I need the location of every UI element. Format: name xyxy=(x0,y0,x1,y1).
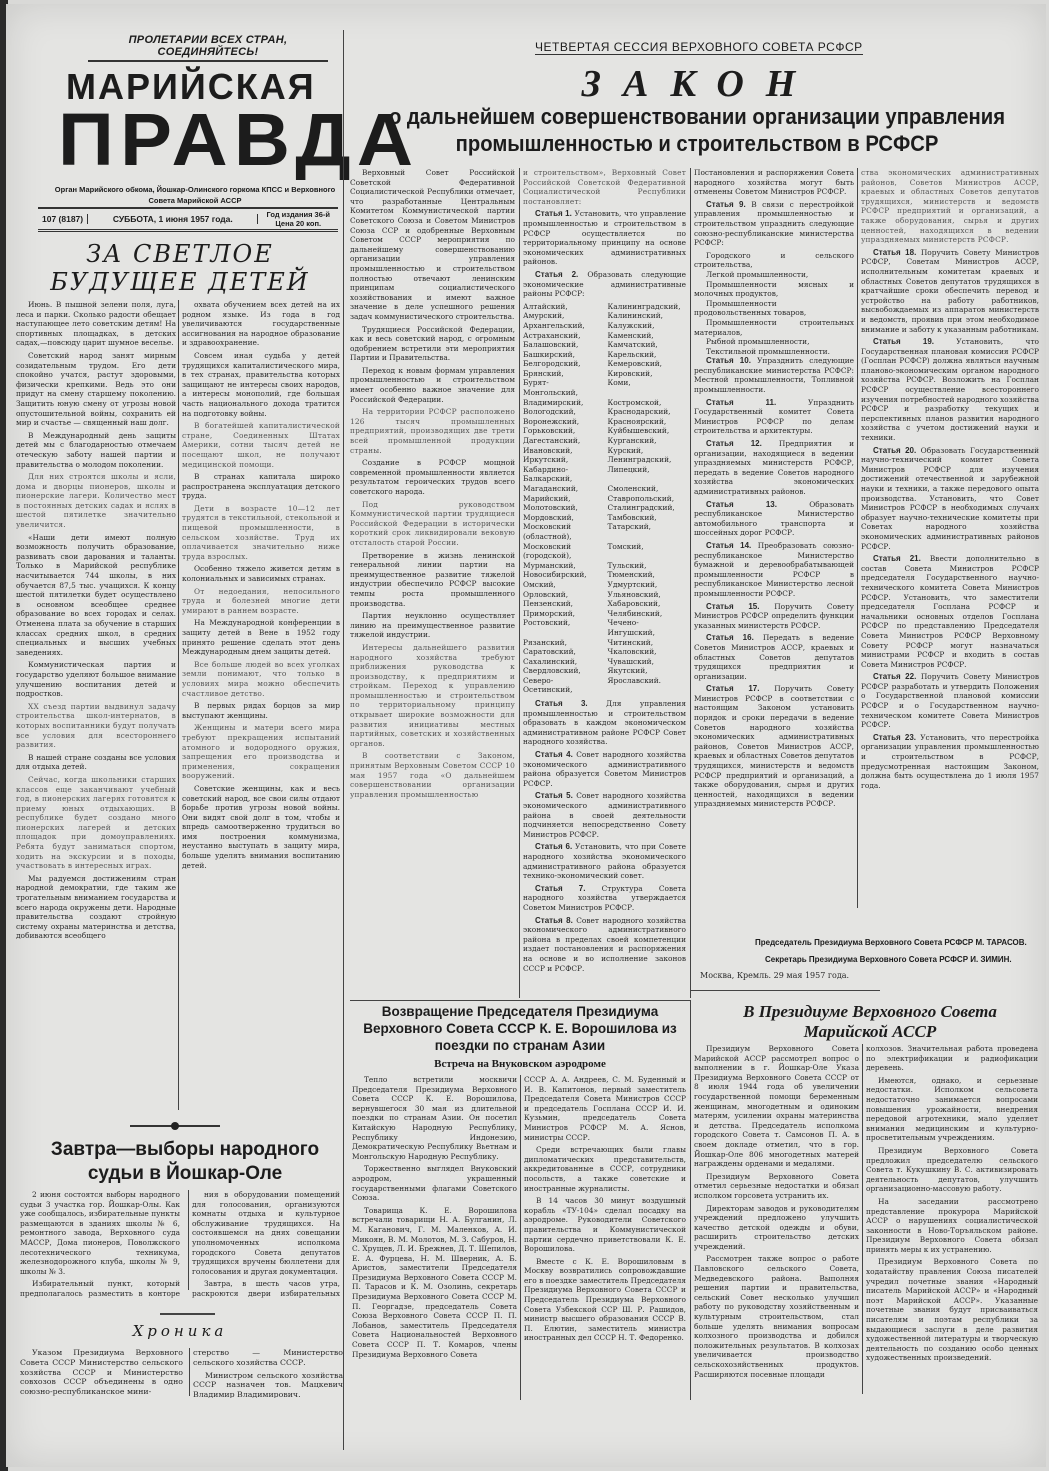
law-title: ЗАКОН xyxy=(350,62,1049,106)
article-label: Статья 11. xyxy=(706,398,808,407)
article-text: Поручить Совету Министров РСФСР, Советам… xyxy=(861,248,1039,334)
masthead-motto: ПРОЛЕТАРИИ ВСЕХ СТРАН, СОЕДИНЯЙТЕСЬ! xyxy=(88,34,328,62)
article: Статья 20. Образовать Государственный на… xyxy=(861,446,1039,552)
article-label: Статья 23. xyxy=(873,733,920,742)
article: Статья 4. Совет народного хозяйства экон… xyxy=(523,750,686,788)
article-label: Статья 5. xyxy=(535,791,576,800)
elections-col-1: 2 июня состоятся выборы народного судьи … xyxy=(20,1190,180,1300)
voroshilov-col-2: СССР А. А. Андреев, С. М. Буденный и И. … xyxy=(524,1075,686,1400)
article: Статья 5. Совет народного хозяйства экон… xyxy=(523,791,686,839)
ministry-item: Промышленности мясных и молочных продукт… xyxy=(694,280,854,299)
region-name: Сталинградский, xyxy=(608,503,687,513)
paragraph: Избирательный пункт, который предполагал… xyxy=(20,1279,180,1300)
region-name: Магаданский, xyxy=(523,484,602,494)
region-name: Красноярский, xyxy=(608,417,687,427)
region-name: Тюменский, xyxy=(608,570,687,580)
divider-ornament xyxy=(130,1125,220,1127)
region-name: Белгородский, xyxy=(523,359,602,369)
paragraph: Тепло встретили москвичи Председателя Пр… xyxy=(352,1075,517,1161)
paragraph-filler: В богатейшей капиталистической стране, С… xyxy=(182,421,340,469)
paragraph: В первых рядах борцов за мир выступают ж… xyxy=(182,701,340,720)
paragraph: Завтра, в шесть часов утра, раскроются д… xyxy=(192,1279,340,1300)
article-label: Статья 19. xyxy=(873,337,956,346)
region-name: Читинский, xyxy=(608,638,687,648)
articles-mid: Статья 4. Совет народного хозяйства экон… xyxy=(523,750,686,973)
paragraph-filler: От недоедания, непосильного труда и боле… xyxy=(182,587,340,616)
column-rule xyxy=(520,1075,521,1400)
paragraph: Министром сельского хозяйства СССР назна… xyxy=(193,1371,343,1398)
children-col-1: Июнь. В пышной зелени поля, луга, леса и… xyxy=(16,300,176,1110)
paragraph: Советские женщины, как и весь советский … xyxy=(182,784,340,870)
region-name: Московский (городской), xyxy=(523,542,602,561)
issue-price: Цена 20 коп. xyxy=(271,219,325,228)
article: Статья 15. Поручить Совету Министров РСФ… xyxy=(694,602,854,631)
paragraph: Партия неуклонно осуществляет линию на п… xyxy=(350,611,515,640)
region-name: Иркутский, xyxy=(523,455,602,465)
year-of-publication: Год издания 36-й xyxy=(262,210,334,219)
region-name: Якутский, xyxy=(608,666,687,676)
article-label: Статья 14. xyxy=(706,541,758,550)
article-1: Статья 1. Установить, что управление про… xyxy=(523,209,686,267)
article: Статья 19. Установить, что Государственн… xyxy=(861,337,1039,443)
article-label: Статья 20. xyxy=(873,446,921,455)
region-name: Брянский, xyxy=(523,369,602,379)
article: Статья 8. Совет народного хозяйства экон… xyxy=(523,916,686,974)
divider xyxy=(160,1313,215,1315)
articles-col4: Статья 18. Поручить Совету Министров РСФ… xyxy=(861,248,1039,791)
paragraph: Имеются, однако, и серьезные недостатки.… xyxy=(866,1076,1038,1143)
region-name: Костромской, xyxy=(608,398,687,408)
article-label: Статья 8. xyxy=(535,916,576,925)
article-text: Образовать Государственный научно-технич… xyxy=(861,446,1039,551)
article: Статья 21. Ввести дополнительно в состав… xyxy=(861,554,1039,669)
region-name: Рязанский, xyxy=(523,638,602,648)
region-name: Кабардино-Балкарский, xyxy=(523,465,602,484)
article: Статья 13. Образовать республиканское Ми… xyxy=(694,500,854,538)
article-9: Статья 9. В связи с перестройкой управле… xyxy=(694,200,854,248)
region-name: Камчатский, xyxy=(608,340,687,350)
paragraph: колхозов. Значительная работа проведена … xyxy=(866,1044,1038,1073)
article-label: Статья 4. xyxy=(535,750,576,759)
paragraph: 2 июня состоятся выборы народного судьи … xyxy=(20,1190,180,1276)
article: Статья 7. Структура Совета народного хоз… xyxy=(523,884,686,913)
column-rule xyxy=(178,300,179,1110)
paragraph: Директорам заводов и руководителям учреж… xyxy=(694,1204,859,1252)
article-3: Статья 3. Для управления промышленностью… xyxy=(523,699,686,747)
region-name: Амурский, xyxy=(523,311,602,321)
article-label: Статья 10. xyxy=(706,356,757,365)
paragraph-filler: Женщины и матери всего мира требуют прек… xyxy=(182,723,340,781)
region-name: Мурманский, xyxy=(523,561,602,571)
region-name: Мордовский, xyxy=(523,513,602,523)
headline-voroshilov: Возвращение Председателя Президиума Верх… xyxy=(355,1003,685,1054)
region-name: Калужский, xyxy=(608,321,687,331)
issue-number: 107 (8187) xyxy=(38,214,87,224)
paragraph: Президиум Верховного Совета предложил пр… xyxy=(866,1146,1038,1194)
paragraph: Президиум Верховного Совета Марийской АС… xyxy=(694,1044,859,1169)
headline-presidium: В Президиуме Верховного Совета Марийской… xyxy=(700,1002,1040,1042)
region-name: Чечено-Ингушский, xyxy=(608,618,687,637)
ministry-item: Промышленности строительных материалов, xyxy=(694,318,854,337)
article-label: Статья 13. xyxy=(706,500,809,509)
paragraph-filler: и строительством», Верховный Совет Росси… xyxy=(523,168,686,206)
paragraph: Создание в РСФСР мощной современной пром… xyxy=(350,458,515,496)
article: Статья 23. Установить, что перестройка о… xyxy=(861,733,1039,791)
paragraph: Президиум Верховного Совета отметил серь… xyxy=(694,1172,859,1201)
region-name: Кировский, xyxy=(608,369,687,379)
region-name: Алтайский, xyxy=(523,302,602,312)
region-name: Тульский, xyxy=(608,561,687,571)
region-name: Астраханский, xyxy=(523,331,602,341)
presidium-col-1: Президиум Верховного Совета Марийской АС… xyxy=(694,1044,859,1399)
column-rule xyxy=(690,1000,691,1400)
divider xyxy=(690,990,880,991)
paragraph-filler: Для них строятся школы и ясли, дома и дв… xyxy=(16,472,176,530)
article-text: Ввести дополнительно в состав Совета Мин… xyxy=(861,554,1039,669)
region-name: Воронежский, xyxy=(523,417,602,427)
chronicle-col-1: Указом Президиума Верховного Совета СССР… xyxy=(20,1348,183,1398)
article: Статья 12. Предприятия и организации, на… xyxy=(694,439,854,497)
region-name: Каменский, xyxy=(608,331,687,341)
paragraph: стерство — Министерство сельского хозяйс… xyxy=(193,1348,343,1368)
region-name: Курский, xyxy=(608,446,687,456)
region-name: Саратовский, xyxy=(523,647,602,657)
paragraph: Претворение в жизнь ленинской генерально… xyxy=(350,551,515,609)
region-name: Свердловский, xyxy=(523,666,602,676)
article-label: Статья 12. xyxy=(706,439,779,448)
paragraph-filler: Сейчас, когда школьники старших классов … xyxy=(16,775,176,871)
region-name: Карельский, xyxy=(608,350,687,360)
issue-meta: Год издания 36-й Цена 20 коп. xyxy=(258,210,338,228)
law-col-4: ства экономических административных райо… xyxy=(861,168,1039,913)
region-name: Владимирский, xyxy=(523,398,602,408)
region-name: Ростовский, xyxy=(523,618,602,637)
paragraph: Торжественно выглядел Внуковский аэродро… xyxy=(352,1164,517,1202)
article: Статья 14. Преобразовать союзно-республи… xyxy=(694,541,854,599)
paragraph: Особенно тяжело живется детям в колониал… xyxy=(182,564,340,583)
article-label: Статья 21. xyxy=(873,554,930,563)
paragraph: «Наши дети имеют полную возможность полу… xyxy=(16,533,176,658)
chronicle-col-2: стерство — Министерство сельского хозяйс… xyxy=(193,1348,343,1398)
region-name: Тамбовский, xyxy=(608,513,687,523)
signature-chairman: Председатель Президиума Верховного Совет… xyxy=(755,938,1027,947)
article: Статья 17. Поручить Совету Министров РСФ… xyxy=(694,684,854,809)
region-name: Бурят-Монгольский, xyxy=(523,378,602,397)
region-name: Липецкий, xyxy=(608,465,687,484)
region-name: Архангельский, xyxy=(523,321,602,331)
law-col-2: и строительством», Верховный Совет Росси… xyxy=(523,168,686,998)
headline-elections: Завтра—выборы народного судьи в Йошкар-О… xyxy=(30,1138,340,1186)
article-label: Статья 17. xyxy=(706,684,774,693)
article-text: Поручить Совету Министров РСФСР в соотве… xyxy=(694,684,854,808)
region-name: Орловский, xyxy=(523,590,602,600)
paragraph: Вместе с К. Е. Ворошиловым в Москву возв… xyxy=(524,1257,686,1343)
law-place-date: Москва, Кремль. 29 мая 1957 года. xyxy=(700,971,900,983)
region-name: Новосибирский, xyxy=(523,570,602,580)
paragraph: Среди встречающих были главы дипломатиче… xyxy=(524,1145,686,1193)
issue-info-bar: 107 (8187) СУББОТА, 1 июня 1957 года. Го… xyxy=(38,207,338,232)
region-name: Калининградский, xyxy=(608,302,687,312)
ministry-item: Рыбной промышленности, xyxy=(694,337,854,347)
paragraph: Мы радуемся достижениям стран народной д… xyxy=(16,874,176,941)
paragraph: Рассмотрен также вопрос о работе Павловс… xyxy=(694,1254,859,1379)
paragraph-filler: В соответствии с Законом, принятым Верхо… xyxy=(350,751,515,799)
region-name: Коми, xyxy=(608,378,687,397)
region-name: Ярославский. xyxy=(608,676,687,695)
region-name: Омский, xyxy=(523,580,602,590)
paragraph: Советский народ занят мирным созидательн… xyxy=(16,351,176,428)
article-text: Установить, что Государственная плановая… xyxy=(861,337,1039,442)
article: Статья 10. Упразднить следующие республи… xyxy=(694,356,854,394)
column-rule xyxy=(690,168,691,998)
law-subtitle: о дальнейшем совершенствовании организац… xyxy=(373,103,1021,157)
region-name: Сахалинский, xyxy=(523,657,602,667)
column-rule xyxy=(862,1044,863,1394)
law-col-1: Верховный Совет Российской Советской Фед… xyxy=(350,168,515,998)
region-name: Челябинский, xyxy=(608,609,687,619)
column-rule xyxy=(188,1190,189,1290)
regions-list: Алтайский,Калининградский,Амурский,Калин… xyxy=(523,302,686,695)
region-name: Курганский, xyxy=(608,436,687,446)
paragraph: Президиум Верховного Совета по ходатайст… xyxy=(866,1257,1038,1363)
paragraph-filler: Интересы дальнейшего развития народного … xyxy=(350,643,515,749)
paragraph: охвата обучением всех детей на их родном… xyxy=(182,300,340,348)
paragraph-filler: Дети в возрасте 10—12 лет трудятся в тек… xyxy=(182,504,340,562)
paragraph: Июнь. В пышной зелени поля, луга, леса и… xyxy=(16,300,176,348)
article: Статья 6. Установить, что при Совете нар… xyxy=(523,842,686,880)
subheadline-voroshilov: Встреча на Внуковском аэродроме xyxy=(355,1058,685,1070)
paragraph-filler: Все больше людей во всех уголках земли п… xyxy=(182,660,340,698)
paragraph: На Международной конференции в защиту де… xyxy=(182,618,340,656)
paragraph: Коммунистическая партия и государство уд… xyxy=(16,660,176,698)
article-label: Статья 7. xyxy=(535,884,602,893)
region-name: Куйбышевский, xyxy=(608,426,687,436)
paragraph-filler: ства экономических административных райо… xyxy=(861,168,1039,245)
region-name: Горьковский, xyxy=(523,426,602,436)
article-2: Статья 2. Образовать следующие экономиче… xyxy=(523,270,686,299)
region-name: Ульяновский, xyxy=(608,590,687,600)
region-name: Краснодарский, xyxy=(608,407,687,417)
article-label: Статья 15. xyxy=(706,602,774,611)
article-label: Статья 16. xyxy=(706,633,763,642)
issue-date: СУББОТА, 1 июня 1957 года. xyxy=(87,214,258,224)
articles-col3: Статья 10. Упразднить следующие республи… xyxy=(694,356,854,809)
region-name: Кемеровский, xyxy=(608,359,687,369)
paragraph-filler: На территории РСФСР расположено 126 тыся… xyxy=(350,407,515,455)
region-name: Удмуртский, xyxy=(608,580,687,590)
abolished-ministries-list: Городского и сельского строительства,Лег… xyxy=(694,251,854,357)
paragraph: Переход к новым формам управления промыш… xyxy=(350,366,515,404)
paragraph: ния в оборудовании помещений для голосов… xyxy=(192,1190,340,1276)
children-col-2: охвата обучением всех детей на их родном… xyxy=(182,300,340,1110)
article-label: Статья 6. xyxy=(535,842,575,851)
region-name: Молотовский, xyxy=(523,503,602,513)
region-name: Татарский, xyxy=(608,522,687,541)
region-name: Хабаровский, xyxy=(608,599,687,609)
divider xyxy=(350,1000,690,1001)
article: Статья 11. Упразднить Государственный ко… xyxy=(694,398,854,436)
paragraph: Товарища К. Е. Ворошилова встречали това… xyxy=(352,1206,517,1360)
ministry-item: Текстильной промышленности. xyxy=(694,347,854,357)
article-label: Статья 18. xyxy=(873,248,921,257)
law-kicker: ЧЕТВЕРТАЯ СЕССИЯ ВЕРХОВНОГО СОВЕТА РСФСР xyxy=(535,40,863,55)
ministry-item: Легкой промышленности, xyxy=(694,270,854,280)
voroshilov-col-1: Тепло встретили москвичи Председателя Пр… xyxy=(352,1075,517,1400)
column-rule xyxy=(519,168,520,998)
signature-secretary: Секретарь Президиума Верховного Совета Р… xyxy=(765,955,1012,964)
region-name: Приморский, xyxy=(523,609,602,619)
paragraph: Верховный Совет Российской Советской Фед… xyxy=(350,168,515,322)
law-col-3: Постановления и распоряжения Совета наро… xyxy=(694,168,854,913)
paragraph: В нашей стране созданы все условия для о… xyxy=(16,753,176,772)
paragraph: В 14 часов 30 минут воздушный корабль «Т… xyxy=(524,1196,686,1254)
region-name: Марийский, xyxy=(523,494,602,504)
column-rule xyxy=(857,168,858,908)
region-name: Ивановский, xyxy=(523,446,602,456)
region-name: Калининский, xyxy=(608,311,687,321)
article-label: Статья 22. xyxy=(873,672,921,681)
region-name: Северо-Осетинский, xyxy=(523,676,602,695)
article: Статья 16. Передать в ведение Советов Ми… xyxy=(694,633,854,681)
paragraph: Совсем иная судьба у детей трудящихся ка… xyxy=(182,351,340,418)
paragraph: В Международный день защиты детей мы с б… xyxy=(16,431,176,469)
headline-chronicle: Хроника xyxy=(20,1322,340,1340)
article: Статья 22. Поручить Совету Министров РСФ… xyxy=(861,672,1039,730)
masthead-organ: Орган Марийского обкома, Йошкар-Олинског… xyxy=(50,184,340,206)
region-name: Пензенский, xyxy=(523,599,602,609)
paragraph: Трудящиеся Российской Федерации, как и в… xyxy=(350,325,515,363)
ministry-item: Городского и сельского строительства, xyxy=(694,251,854,270)
headline-children: ЗА СВЕТЛОЕ БУДУЩЕЕ ДЕТЕЙ xyxy=(20,240,340,296)
region-name: Томский, xyxy=(608,542,687,561)
region-name: Вологодский, xyxy=(523,407,602,417)
column-rule xyxy=(189,1348,190,1396)
elections-col-2: ния в оборудовании помещений для голосов… xyxy=(192,1190,340,1300)
paragraph: На заседании рассмотрено представление п… xyxy=(866,1197,1038,1255)
region-name: Московский (областной), xyxy=(523,522,602,541)
paragraph: Постановления и распоряжения Совета наро… xyxy=(694,168,854,197)
region-name: Ленинградский, xyxy=(608,455,687,465)
region-name: Дагестанский, xyxy=(523,436,602,446)
paragraph: В странах капитала широко распространена… xyxy=(182,472,340,501)
presidium-col-2: колхозов. Значительная работа проведена … xyxy=(866,1044,1038,1399)
region-name: Чувашский, xyxy=(608,657,687,667)
region-name: Балашовский, xyxy=(523,340,602,350)
paragraph: СССР А. А. Андреев, С. М. Буденный и И. … xyxy=(524,1075,686,1142)
paragraph-filler: Под руководством Коммунистической партии… xyxy=(350,500,515,548)
paragraph-filler: XX съезд партии выдвинул задачу строител… xyxy=(16,702,176,750)
region-name: Смоленский, xyxy=(608,484,687,494)
region-name: Башкирский, xyxy=(523,350,602,360)
column-rule-main xyxy=(343,30,344,1450)
paragraph: Указом Президиума Верховного Совета СССР… xyxy=(20,1348,183,1397)
ministry-item: Промышленности продовольственных товаров… xyxy=(694,299,854,318)
region-name: Ставропольский, xyxy=(608,494,687,504)
region-name: Чкаловский, xyxy=(608,647,687,657)
article: Статья 18. Поручить Совету Министров РСФ… xyxy=(861,248,1039,334)
